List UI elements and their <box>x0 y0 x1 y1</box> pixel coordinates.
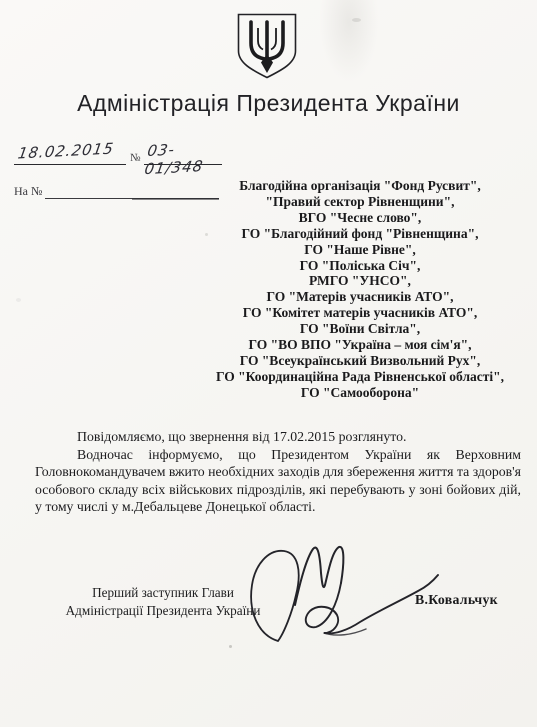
handwritten-date: 18.02.2015 <box>17 139 116 162</box>
signer-name: В.Ковальчук <box>415 592 498 608</box>
number-symbol: № <box>130 152 141 164</box>
recipient-line: ГО "Комітет матерів учасників АТО", <box>190 305 530 321</box>
date-row: 18.02.2015 № 03-01/348 <box>14 140 224 166</box>
handwritten-number: 03-01/348 <box>143 138 227 178</box>
date-underline <box>14 164 126 165</box>
organization-title: Адміністрація Президента України <box>0 90 537 117</box>
scan-dot <box>229 645 232 648</box>
ukraine-trident-emblem-icon <box>236 13 298 79</box>
scan-smudge <box>352 18 361 22</box>
scan-smudge <box>16 298 21 302</box>
recipient-line: ГО "Координаційна Рада Рівненської облас… <box>190 369 530 385</box>
reply-to-label: На № <box>14 184 42 199</box>
recipient-line: "Правий сектор Рівненщини", <box>190 194 530 210</box>
recipient-line: ГО "Самооборона" <box>190 385 530 401</box>
recipient-line: ГО "Всеукраїнський Визвольний Рух", <box>190 353 530 369</box>
recipient-line: Благодійна організація "Фонд Русвит", <box>190 178 530 194</box>
recipient-line: ГО "Наше Рівне", <box>190 242 530 258</box>
recipient-line: ГО "Благодійний фонд "Рівненщина", <box>190 226 530 242</box>
scanned-letter-page: Адміністрація Президента України 18.02.2… <box>0 0 537 727</box>
number-underline <box>144 164 222 165</box>
recipients-list: Благодійна організація "Фонд Русвит", "П… <box>190 178 530 401</box>
body-paragraph-2: Водночас інформуємо, що Президентом Укра… <box>35 446 521 516</box>
recipient-line: ГО "Матерів учасників АТО", <box>190 289 530 305</box>
recipient-line: РМГО "УНСО", <box>190 273 530 289</box>
recipient-line: ВГО "Чесне слово", <box>190 210 530 226</box>
recipient-line: ГО "ВО ВПО "Україна – моя сім'я", <box>190 337 530 353</box>
body-paragraph-1: Повідомляємо, що звернення від 17.02.201… <box>35 428 521 446</box>
recipient-line: ГО "Воїни Світла", <box>190 321 530 337</box>
recipient-line: ГО "Поліська Січ", <box>190 258 530 274</box>
letter-body: Повідомляємо, що звернення від 17.02.201… <box>35 428 521 516</box>
scan-dot <box>205 233 208 236</box>
